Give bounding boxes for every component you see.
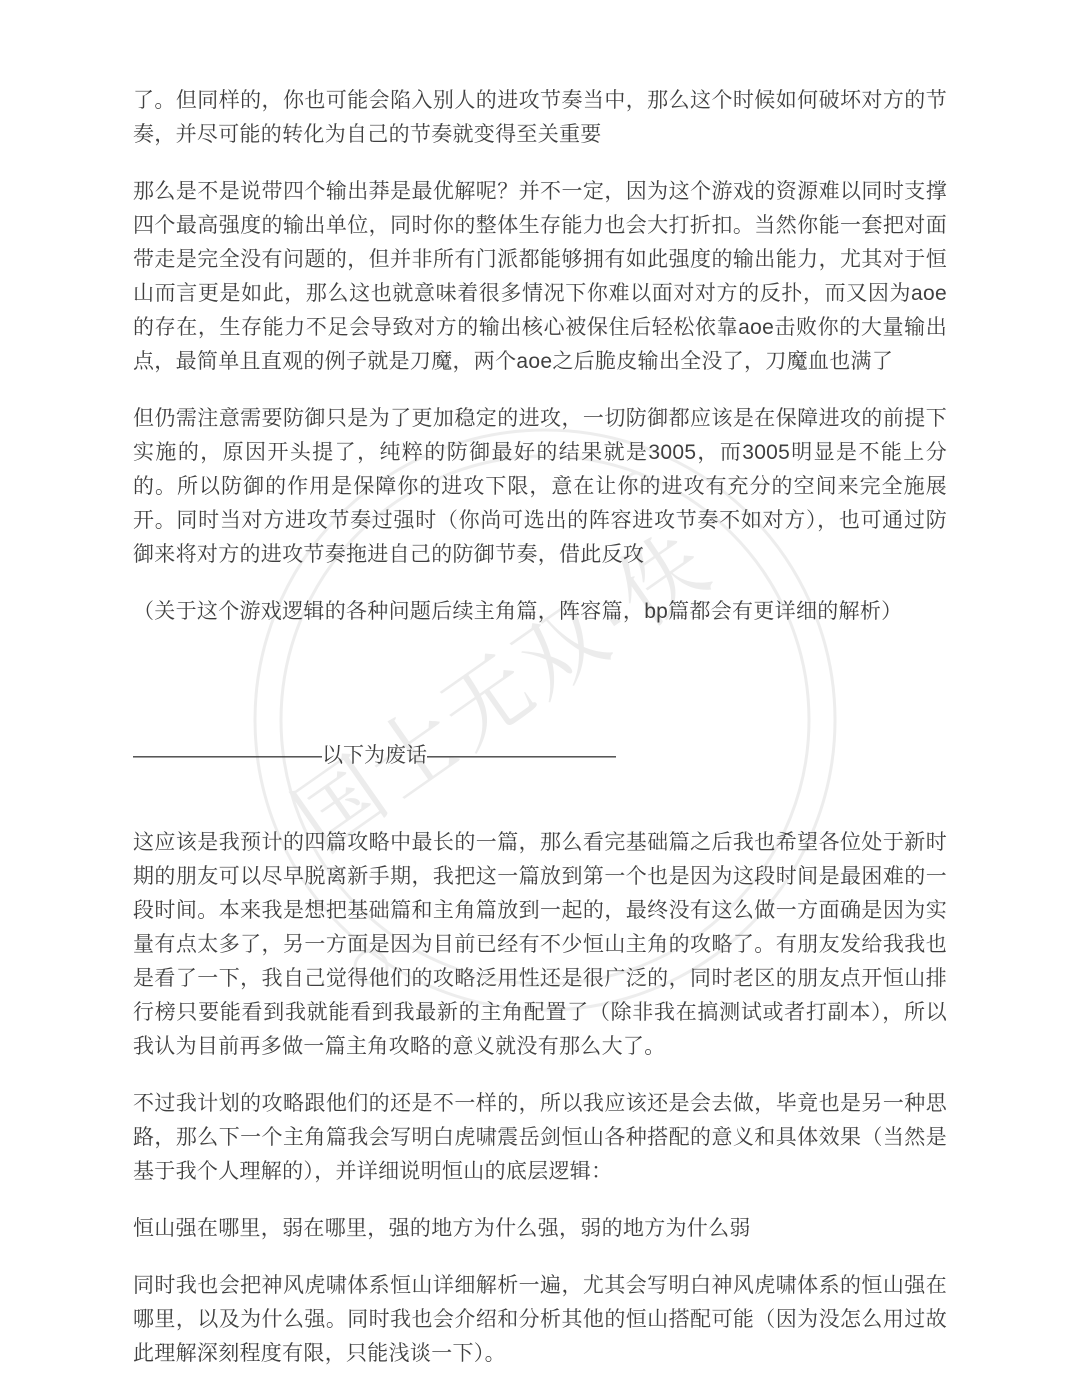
- section-divider: —————————以下为废话—————————: [133, 739, 947, 773]
- paragraph: 恒山强在哪里，弱在哪里，强的地方为什么强，弱的地方为什么弱: [133, 1212, 947, 1246]
- paragraph: 那么是不是说带四个输出莽是最优解呢？并不一定，因为这个游戏的资源难以同时支撑四个…: [133, 175, 947, 379]
- article-body: 了。但同样的，你也可能会陷入别人的进攻节奏当中，那么这个时候如何破坏对方的节奏，…: [133, 84, 947, 1394]
- paragraph: 同时我也会把神风虎啸体系恒山详细解析一遍，尤其会写明白神风虎啸体系的恒山强在哪里…: [133, 1269, 947, 1371]
- paragraph: 了。但同样的，你也可能会陷入别人的进攻节奏当中，那么这个时候如何破坏对方的节奏，…: [133, 84, 947, 152]
- paragraph: （关于这个游戏逻辑的各种问题后续主角篇，阵容篇，bp篇都会有更详细的解析）: [133, 595, 947, 629]
- paragraph: 这应该是我预计的四篇攻略中最长的一篇，那么看完基础篇之后我也希望各位处于新时期的…: [133, 826, 947, 1064]
- paragraph: 但仍需注意需要防御只是为了更加稳定的进攻，一切防御都应该是在保障进攻的前提下实施…: [133, 402, 947, 572]
- paragraph: 不过我计划的攻略跟他们的还是不一样的，所以我应该还是会去做，毕竟也是另一种思路，…: [133, 1087, 947, 1189]
